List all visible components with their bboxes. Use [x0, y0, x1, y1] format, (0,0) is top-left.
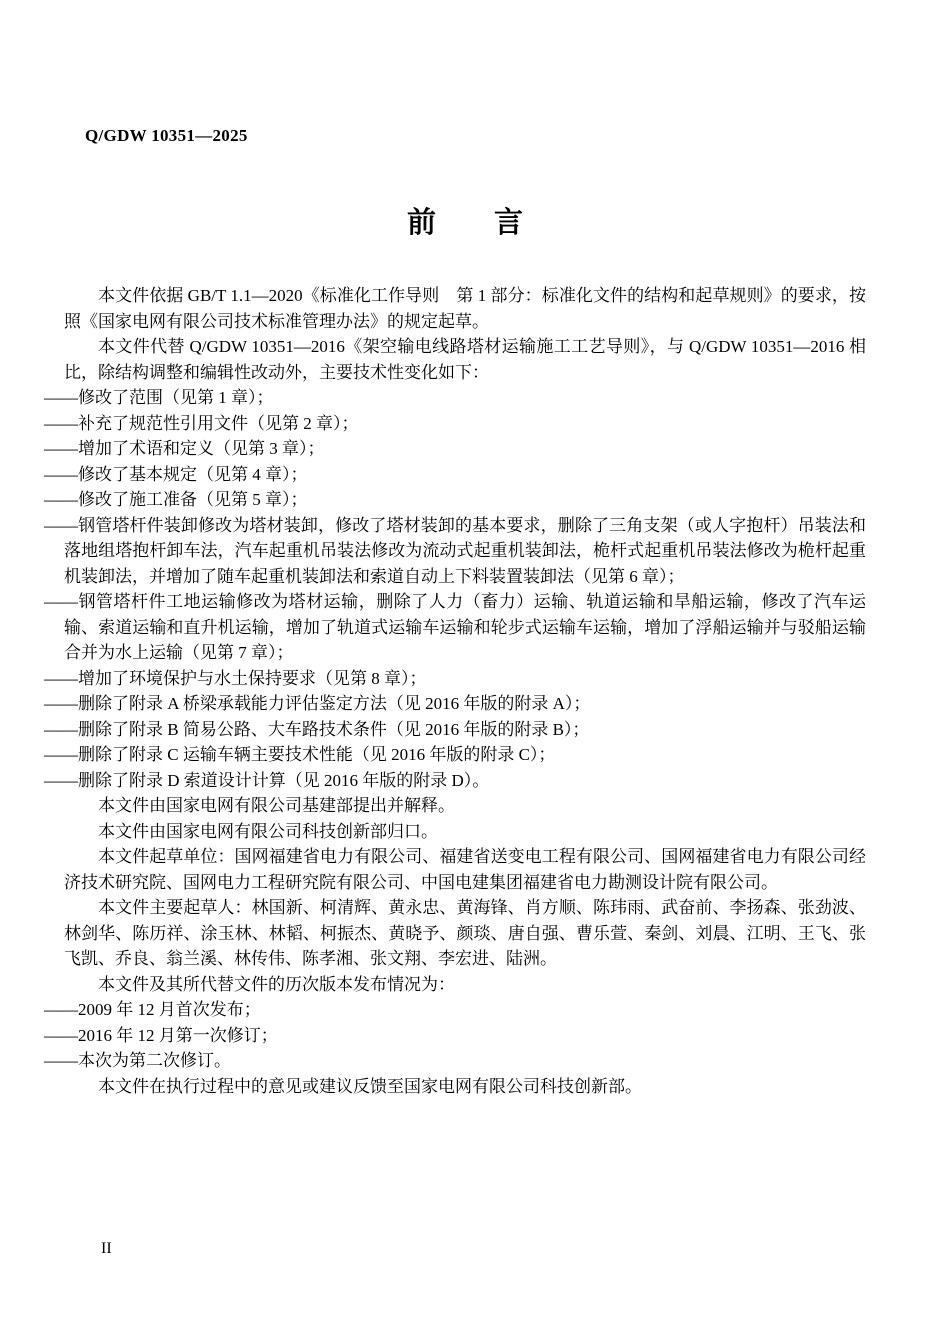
paragraph: 本文件由国家电网有限公司科技创新部归口。	[64, 819, 866, 845]
list-item: ——删除了附录 D 索道设计计算（见 2016 年版的附录 D）。	[64, 768, 866, 794]
list-item: ——修改了基本规定（见第 4 章）；	[64, 462, 866, 488]
paragraph: 本文件在执行过程中的意见或建议反馈至国家电网有限公司科技创新部。	[64, 1074, 866, 1100]
document-body: 本文件依据 GB/T 1.1—2020《标准化工作导则 第 1 部分：标准化文件…	[64, 283, 866, 1099]
list-item: ——钢管塔杆件工地运输修改为塔材运输，删除了人力（畜力）运输、轨道运输和旱船运输…	[64, 589, 866, 666]
running-header: Q/GDW 10351—2025	[85, 126, 248, 146]
paragraph: 本文件依据 GB/T 1.1—2020《标准化工作导则 第 1 部分：标准化文件…	[64, 283, 866, 334]
paragraph: 本文件及其所代替文件的历次版本发布情况为：	[64, 972, 866, 998]
page-number: II	[101, 1240, 112, 1258]
list-item: ——删除了附录 B 简易公路、大车路技术条件（见 2016 年版的附录 B）；	[64, 717, 866, 743]
document-page: Q/GDW 10351—2025 前 言 本文件依据 GB/T 1.1—2020…	[0, 0, 950, 1344]
list-item: ——钢管塔杆件装卸修改为塔材装卸，修改了塔材装卸的基本要求，删除了三角支架（或人…	[64, 513, 866, 590]
paragraph: 本文件代替 Q/GDW 10351—2016《架空输电线路塔材运输施工工艺导则》…	[64, 334, 866, 385]
list-item: ——补充了规范性引用文件（见第 2 章）；	[64, 411, 866, 437]
list-item: ——删除了附录 C 运输车辆主要技术性能（见 2016 年版的附录 C）；	[64, 742, 866, 768]
list-item: ——增加了环境保护与水土保持要求（见第 8 章）；	[64, 666, 866, 692]
list-item: ——增加了术语和定义（见第 3 章）；	[64, 436, 866, 462]
paragraph: 本文件起草单位：国网福建省电力有限公司、福建省送变电工程有限公司、国网福建省电力…	[64, 844, 866, 895]
list-item: ——修改了施工准备（见第 5 章）；	[64, 487, 866, 513]
list-item: ——本次为第二次修订。	[64, 1048, 866, 1074]
list-item: ——2009 年 12 月首次发布；	[64, 997, 866, 1023]
page-title: 前 言	[64, 203, 866, 243]
list-item: ——删除了附录 A 桥梁承载能力评估鉴定方法（见 2016 年版的附录 A）；	[64, 691, 866, 717]
list-item: ——2016 年 12 月第一次修订；	[64, 1023, 866, 1049]
paragraph: 本文件主要起草人：林国新、柯清辉、黄永忠、黄海锋、肖方顺、陈玮雨、武奋前、李扬森…	[64, 895, 866, 972]
paragraph: 本文件由国家电网有限公司基建部提出并解释。	[64, 793, 866, 819]
list-item: ——修改了范围（见第 1 章）；	[64, 385, 866, 411]
